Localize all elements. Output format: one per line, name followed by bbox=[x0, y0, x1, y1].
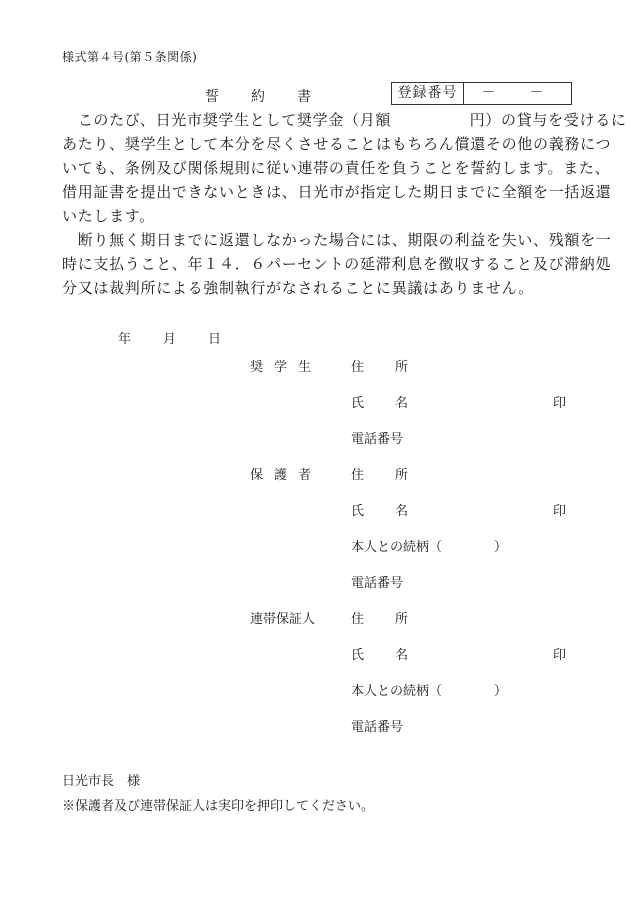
text-line: 借用証書を提出できないときは、日光市が指定した期日までに全額を一括返還 bbox=[62, 180, 568, 204]
guardian-phone-field[interactable]: 電話番号 bbox=[351, 572, 403, 591]
field-label: 氏 bbox=[351, 644, 395, 663]
title-char: 約 bbox=[251, 86, 297, 106]
role-char: 保 bbox=[250, 464, 274, 483]
field-label: 名 bbox=[395, 644, 439, 663]
text-line: 断り無く期日までに返還しなかった場合には、期限の利益を失い、残額を一 bbox=[62, 228, 568, 252]
field-label: 所 bbox=[395, 464, 439, 483]
text-line: 時に支払うこと、年１４．６パーセントの延滞利息を徴収すること及び滞納処 bbox=[62, 252, 568, 276]
guardian-name-field[interactable]: 氏名 bbox=[351, 500, 439, 519]
text-line: このたび、日光市奨学生として奨学金（月額 円）の貸与を受けるに bbox=[62, 108, 568, 132]
student-phone-field[interactable]: 電話番号 bbox=[351, 428, 403, 447]
addressee: 日光市長 様 bbox=[62, 770, 140, 789]
day-label: 日 bbox=[208, 328, 253, 347]
guarantor-seal-mark: 印 bbox=[553, 644, 566, 663]
student-seal-mark: 印 bbox=[553, 392, 566, 411]
field-label: 氏 bbox=[351, 392, 395, 411]
guardian-seal-mark: 印 bbox=[553, 500, 566, 519]
student-name-field[interactable]: 氏名 bbox=[351, 392, 439, 411]
role-char: 学 bbox=[274, 356, 298, 375]
field-label: 住 bbox=[351, 464, 395, 483]
guarantor-address-field[interactable]: 住所 bbox=[351, 608, 439, 627]
registration-number-box: 登録番号 － － bbox=[391, 82, 572, 105]
text-line: いても、条例及び関係規則に従い連帯の責任を負うことを誓約します。また、 bbox=[62, 156, 568, 180]
title-char: 書 bbox=[297, 86, 343, 106]
role-guardian: 保護者 bbox=[250, 464, 322, 483]
registration-number-field[interactable]: － － bbox=[464, 83, 571, 104]
pledge-paragraph-2: 断り無く期日までに返還しなかった場合には、期限の利益を失い、残額を一 時に支払う… bbox=[62, 228, 568, 300]
field-label: 所 bbox=[395, 356, 439, 375]
text-line: あたり、奨学生として本分を尽くさせることはもちろん償還その他の義務につ bbox=[62, 132, 568, 156]
document-title: 誓約書 bbox=[205, 86, 343, 106]
field-label: 住 bbox=[351, 356, 395, 375]
field-label: 名 bbox=[395, 392, 439, 411]
role-student: 奨学生 bbox=[250, 356, 322, 375]
month-label: 月 bbox=[163, 328, 208, 347]
pledge-paragraph-1: このたび、日光市奨学生として奨学金（月額 円）の貸与を受けるに あたり、奨学生と… bbox=[62, 108, 568, 228]
guardian-address-field[interactable]: 住所 bbox=[351, 464, 439, 483]
guarantor-phone-field[interactable]: 電話番号 bbox=[351, 716, 403, 735]
field-label: 所 bbox=[395, 608, 439, 627]
text-line: いたします。 bbox=[62, 204, 568, 228]
registration-number-label: 登録番号 bbox=[392, 83, 464, 104]
guarantor-name-field[interactable]: 氏名 bbox=[351, 644, 439, 663]
role-char: 護 bbox=[274, 464, 298, 483]
role-char: 奨 bbox=[250, 356, 274, 375]
seal-note: ※保護者及び連帯保証人は実印を押印してください。 bbox=[62, 795, 374, 814]
field-label: 名 bbox=[395, 500, 439, 519]
form-number-label: 様式第４号(第５条関係) bbox=[62, 48, 197, 65]
date-field[interactable]: 年月日 bbox=[118, 328, 253, 347]
field-label: 氏 bbox=[351, 500, 395, 519]
field-label: 住 bbox=[351, 608, 395, 627]
guarantor-relation-field[interactable]: 本人との続柄（ ） bbox=[351, 680, 507, 699]
guardian-relation-field[interactable]: 本人との続柄（ ） bbox=[351, 536, 507, 555]
year-label: 年 bbox=[118, 328, 163, 347]
role-char: 者 bbox=[298, 464, 322, 483]
role-char: 生 bbox=[298, 356, 322, 375]
role-joint-guarantor: 連帯保証人 bbox=[250, 608, 315, 627]
text-line: 分又は裁判所による強制執行がなされることに異議はありません。 bbox=[62, 276, 568, 300]
student-address-field[interactable]: 住所 bbox=[351, 356, 439, 375]
title-char: 誓 bbox=[205, 86, 251, 106]
